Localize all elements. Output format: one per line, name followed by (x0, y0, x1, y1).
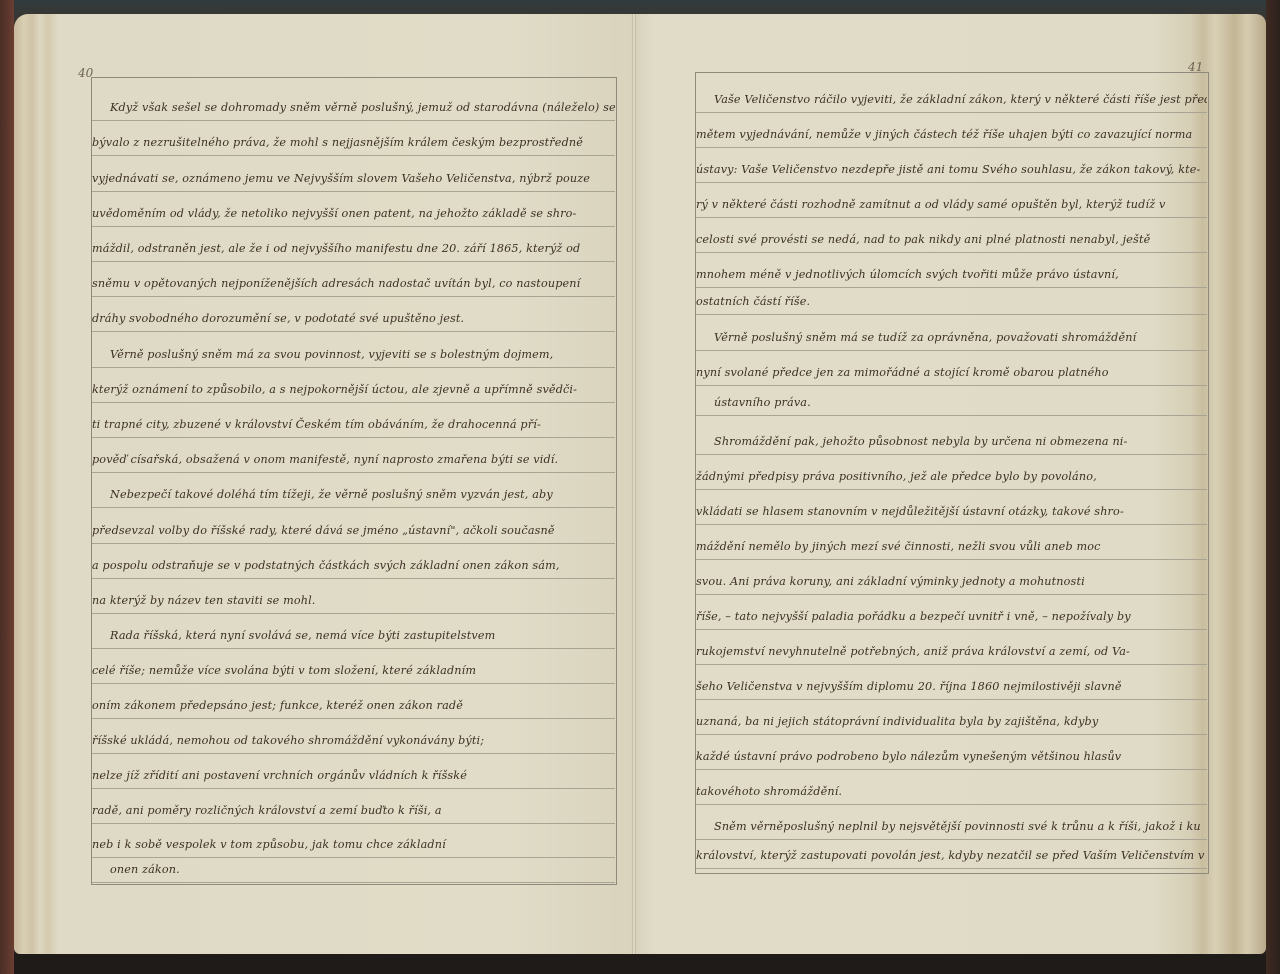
right-line: takovéhoto shromáždění. (696, 776, 1207, 805)
left-line: Rada říšská, která nyní svolává se, nemá… (92, 620, 615, 649)
right-line: Věrně poslušný sněm má se tudíž za opráv… (696, 322, 1207, 351)
left-line: máždil, odstraněn jest, ale že i od nejv… (92, 233, 615, 262)
right-line: celosti své provésti se nedá, nad to pak… (696, 224, 1207, 253)
right-line: Sněm věrněposlušný neplnil by nejsvětějš… (696, 811, 1207, 840)
left-line: předsevzal volby do říšské rady, které d… (92, 515, 615, 544)
book-cover-right (1266, 0, 1280, 974)
right-line: mnohem méně v jednotlivých úlomcích svýc… (696, 259, 1207, 288)
left-line: pověď císařská, obsažená v onom manifest… (92, 444, 615, 473)
left-line: Když však sešel se dohromady sněm věrně … (92, 92, 615, 121)
right-line: šeho Veličenstva v nejvyšším diplomu 20.… (696, 671, 1207, 700)
left-line: Věrně poslušný sněm má za svou povinnost… (92, 339, 615, 368)
right-line: nyní svolané předce jen za mimořádné a s… (696, 357, 1207, 386)
right-line: Vaše Veličenstvo ráčilo vyjeviti, že zák… (696, 84, 1207, 113)
right-line: království, kterýž zastupovati povolán j… (696, 840, 1207, 869)
left-line: sněmu v opětovaných nejponíženějších adr… (92, 268, 615, 297)
right-line: vkládati se hlasem stanovním v nejdůleži… (696, 496, 1207, 525)
left-line: onen zákon. (92, 854, 615, 883)
left-line: celé říše; nemůže více svolána býti v to… (92, 655, 615, 684)
left-line: uvědoměním od vlády, že netoliko nejvyšš… (92, 198, 615, 227)
left-line: a pospolu odstraňuje se v podstatných čá… (92, 550, 615, 579)
left-line: bývalo z nezrušitelného práva, že mohl s… (92, 127, 615, 156)
right-line: uznaná, ba ni jejich státoprávní individ… (696, 706, 1207, 735)
right-line: rukojemství nevyhnutelně potřebných, ani… (696, 636, 1207, 665)
left-line: dráhy svobodného dorozumění se, v podota… (92, 303, 615, 332)
book-cover-left (0, 0, 14, 974)
right-line: ústavního práva. (696, 387, 1207, 416)
left-line: na kterýž by název ten staviti se mohl. (92, 585, 615, 614)
right-line: ostatních částí říše. (696, 286, 1207, 315)
left-line: Nebezpečí takové doléhá tím tížeji, že v… (92, 479, 615, 508)
right-page-number: 41 (1188, 60, 1203, 74)
left-line: vyjednávati se, oznámeno jemu ve Nejvyšš… (92, 163, 615, 192)
book-gutter (632, 14, 636, 954)
right-line: rý v některé části rozhodně zamítnut a o… (696, 189, 1207, 218)
left-line: oním zákonem předepsáno jest; funkce, kt… (92, 690, 615, 719)
left-line: radě, ani poměry rozličných království a… (92, 795, 615, 824)
left-line: nelze jíž zřídití ani postavení vrchních… (92, 760, 615, 789)
right-line: svou. Ani práva koruny, ani základní vým… (696, 566, 1207, 595)
right-line: mětem vyjednávání, nemůže v jiných částe… (696, 119, 1207, 148)
right-line: ústavy: Vaše Veličenstvo nezdepře jistě … (696, 154, 1207, 183)
right-line: říše, – tato nejvyšší paladia pořádku a … (696, 601, 1207, 630)
right-line: žádnými předpisy práva positivního, jež … (696, 461, 1207, 490)
left-line: ti trapné city, zbuzené v království Čes… (92, 409, 615, 438)
left-page-number: 40 (78, 66, 93, 80)
right-line: máždění nemělo by jiných mezí své činnos… (696, 531, 1207, 560)
right-line: každé ústavní právo podrobeno bylo nález… (696, 741, 1207, 770)
left-line: říšské ukládá, nemohou od takového shrom… (92, 725, 615, 754)
left-line: kterýž oznámení to způsobilo, a s nejpok… (92, 374, 615, 403)
right-line: Shromáždění pak, jehožto působnost nebyl… (696, 426, 1207, 455)
